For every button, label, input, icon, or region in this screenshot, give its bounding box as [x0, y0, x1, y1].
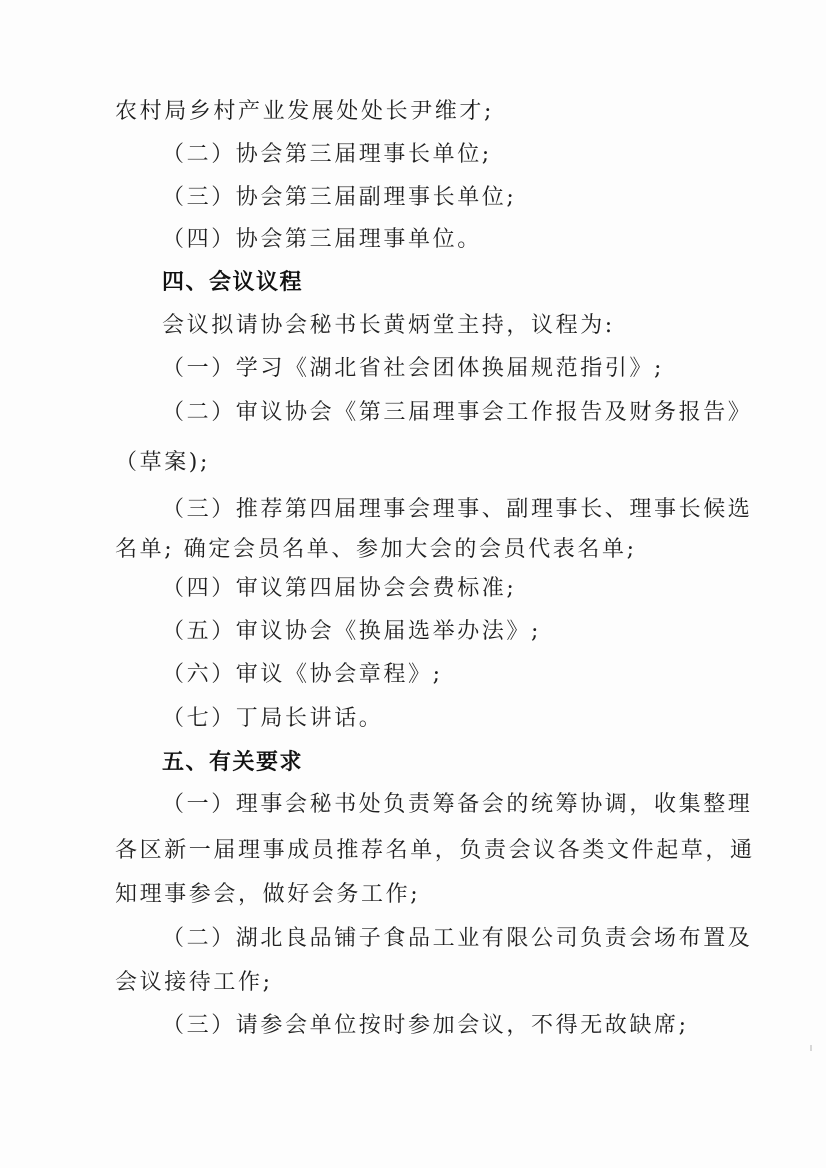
list-item: （三）推荐第四届理事会理事、副理事长、理事长候选	[162, 495, 752, 525]
text-line: 农村局乡村产业发展处处长尹维才;	[115, 97, 494, 127]
section-heading: 五、有关要求	[162, 748, 303, 778]
list-item: （四）审议第四届协会会费标准;	[162, 574, 516, 604]
text-line: 各区新一届理事成员推荐名单，负责会议各类文件起草，通	[115, 836, 755, 866]
text-line: 知理事参会，做好会务工作;	[115, 880, 420, 910]
list-item: （二）湖北良品铺子食品工业有限公司负责会场布置及	[162, 924, 752, 954]
section-heading: 四、会议议程	[162, 268, 303, 298]
list-item: （三）协会第三届副理事长单位;	[162, 183, 516, 213]
list-item: （三）请参会单位按时参加会议，不得无故缺席;	[162, 1011, 689, 1041]
text-line: 会议接待工作;	[115, 968, 273, 998]
list-item: （七）丁局长讲话。	[162, 704, 383, 734]
list-item: （一）理事会秘书处负责筹备会的统筹协调，收集整理	[162, 790, 752, 820]
text-line: 名单; 确定会员名单、参加大会的会员代表名单;	[115, 535, 637, 565]
document-page: 农村局乡村产业发展处处长尹维才; （二）协会第三届理事长单位; （三）协会第三届…	[0, 0, 826, 1168]
list-item: （五）审议协会《换届选举办法》;	[162, 617, 541, 647]
text-line: （草案);	[115, 448, 210, 478]
list-item: （四）协会第三届理事单位。	[162, 225, 482, 255]
list-item: （一）学习《湖北省社会团体换届规范指引》;	[162, 354, 664, 384]
scan-artifact	[810, 1045, 812, 1051]
list-item: （二）协会第三届理事长单位;	[162, 140, 492, 170]
paragraph: 会议拟请协会秘书长黄炳堂主持，议程为:	[162, 311, 615, 341]
list-item: （二）审议协会《第三届理事会工作报告及财务报告》	[162, 398, 752, 428]
list-item: （六）审议《协会章程》;	[162, 660, 443, 690]
